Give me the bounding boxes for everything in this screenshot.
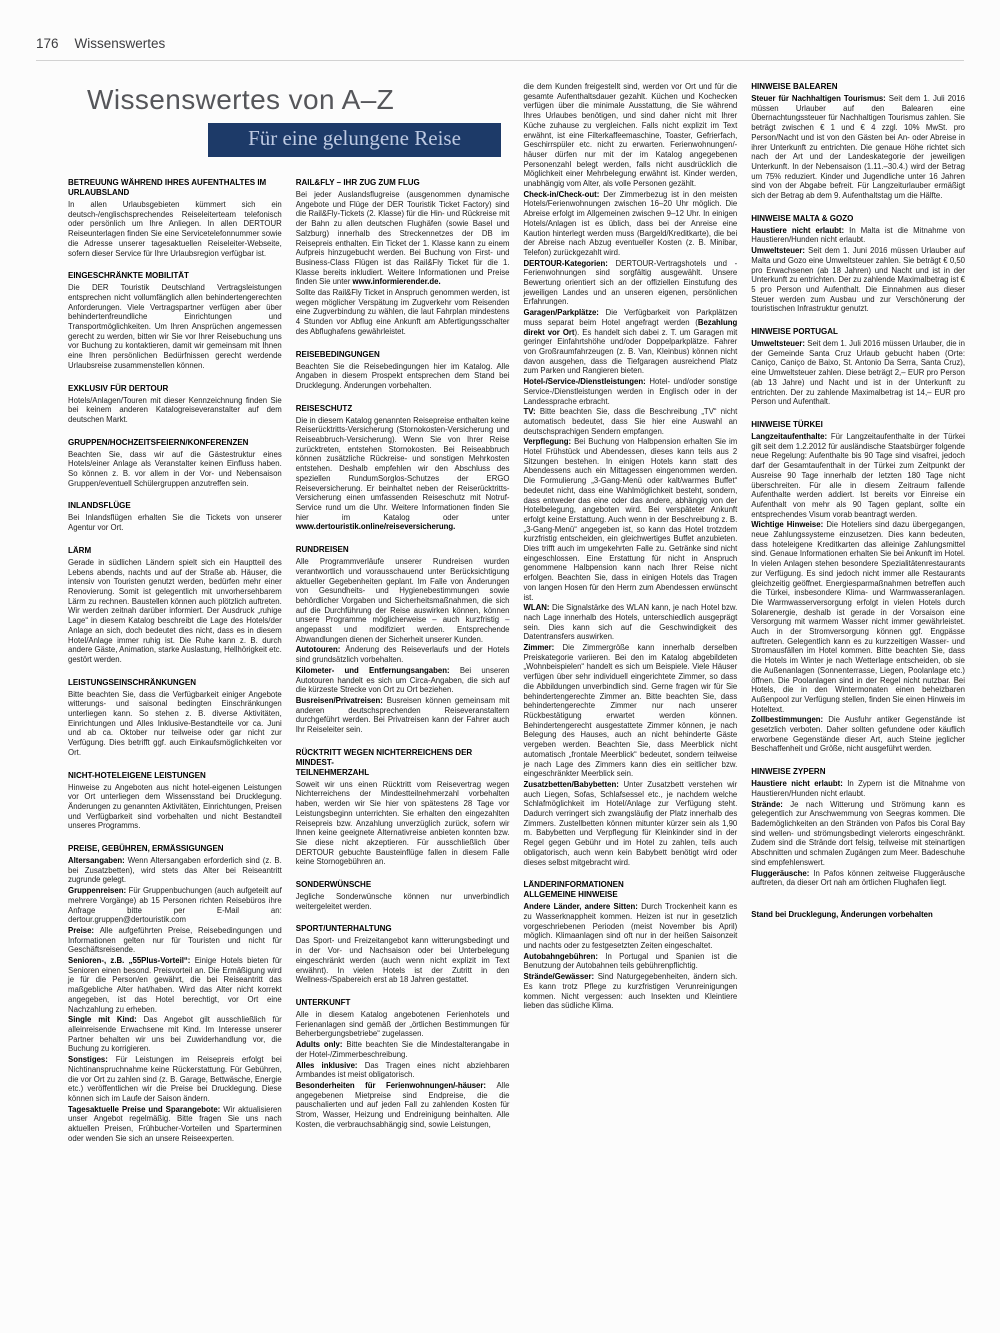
paragraph: die dem Kunden freigestellt sind, werden… [524, 82, 738, 189]
catalog-section: RUNDREISENAlle Programmverläufe unserer … [296, 545, 510, 735]
bold-lead: Wichtige Hinweise: [751, 520, 826, 529]
section-heading: RUNDREISEN [296, 545, 510, 555]
catalog-section: REISEBEDINGUNGENBeachten Sie die Reisebe… [296, 350, 510, 391]
print-status-line: Stand bei Drucklegung, Änderungen vorbeh… [751, 910, 965, 920]
paragraph: Strände/Gewässer: Sind Naturgegebenheite… [524, 972, 738, 1011]
bold-lead: Check-in/Check-out: [524, 190, 604, 199]
catalog-section: HINWEISE ZYPERNHaustiere nicht erlaubt: … [751, 767, 965, 888]
section-heading: LEISTUNGSEINSCHRÄNKUNGEN [68, 678, 282, 688]
bold-lead: TV: [524, 407, 540, 416]
paragraph: Besonderheiten für Ferienwohnungen/-häus… [296, 1081, 510, 1130]
paragraph: Jegliche Sonderwünsche können nur unverb… [296, 892, 510, 911]
paragraph: Andere Länder, andere Sitten: Durch Troc… [524, 902, 738, 951]
bold-lead: Hotel-/Service-/Dienstleistungen: [524, 377, 650, 386]
catalog-section: EINGESCHRÄNKTE MOBILITÄTDie DER Touristi… [68, 271, 282, 370]
paragraph: Busreisen/Privatreisen: Busreisen können… [296, 696, 510, 735]
catalog-section: LEISTUNGSEINSCHRÄNKUNGENBitte beachten S… [68, 678, 282, 758]
bold-lead: Altersangaben: [68, 856, 128, 865]
paragraph: Autotouren: Änderung des Reiseverlaufs u… [296, 645, 510, 664]
bold-lead: Umweltsteuer: [751, 246, 808, 255]
page-section-label: Wissenswertes [75, 36, 166, 51]
section-heading: NICHT-HOTELEIGENE LEISTUNGEN [68, 771, 282, 781]
column-1: BETREUUNG WÄHREND IHRES AUFENTHALTES IM … [68, 82, 282, 1156]
paragraph: Sonstiges: Für Leistungen im Reisepreis … [68, 1055, 282, 1104]
bold-lead: Besonderheiten für Ferienwohnungen/-häus… [296, 1081, 497, 1090]
paragraph: Alle in diesem Katalog angebotenen Ferie… [296, 1010, 510, 1039]
paragraph: Soweit wir uns einen Rücktritt vom Reise… [296, 780, 510, 867]
bold-lead: Zollbestimmungen: [751, 715, 828, 724]
bold-lead: www.dertouristik.online/reiseversicherun… [296, 522, 456, 531]
bold-lead: Preise: [68, 926, 100, 935]
paragraph: Tagesaktuelle Preise und Sparangebote: W… [68, 1105, 282, 1144]
section-heading: EINGESCHRÄNKTE MOBILITÄT [68, 271, 282, 281]
bold-lead: DERTOUR-Kategorien: [524, 259, 616, 268]
catalog-section: PREISE, GEBÜHREN, ERMÄSSIGUNGENAltersang… [68, 844, 282, 1143]
catalog-section: UNTERKUNFTAlle in diesem Katalog angebot… [296, 998, 510, 1129]
paragraph: Hotels/Anlagen/Touren mit dieser Kennzei… [68, 396, 282, 425]
paragraph: Die DER Touristik Deutschland Vertragsle… [68, 283, 282, 370]
paragraph: DERTOUR-Kategorien: DERTOUR-Vertragshote… [524, 259, 738, 308]
bold-lead: Autotouren: [296, 645, 345, 654]
bold-lead: Strände: [751, 800, 790, 809]
paragraph: Strände: Je nach Witterung und Strömung … [751, 800, 965, 868]
paragraph: Haustiere nicht erlaubt: In Zypern ist d… [751, 779, 965, 798]
paragraph: Umweltsteuer: Seit dem 1. Juni 2016 müss… [751, 246, 965, 314]
section-heading: GRUPPEN/HOCHZEITSFEIERN/KONFERENZEN [68, 438, 282, 448]
catalog-section: BETREUUNG WÄHREND IHRES AUFENTHALTES IM … [68, 178, 282, 258]
section-heading: LÄNDERINFORMATIONEN ALLGEMEINE HINWEISE [524, 880, 738, 900]
paragraph: Single mit Kind: Das Angebot gilt aussch… [68, 1015, 282, 1054]
page-number: 176 [36, 36, 59, 51]
paragraph: Bei jeder Auslandsflugreise (ausgenommen… [296, 190, 510, 287]
paragraph: WLAN: Die Signalstärke des WLAN kann, je… [524, 603, 738, 642]
catalog-section: LÄRMGerade in südlichen Ländern spielt s… [68, 546, 282, 665]
bold-lead: Gruppenreisen: [68, 886, 129, 895]
section-heading: EXKLUSIV FÜR DERTOUR [68, 384, 282, 394]
bold-lead: Tagesaktuelle Preise und Sparangebote: [68, 1105, 223, 1114]
section-heading: RÜCKTRITT WEGEN NICHTERREICHENS DER MIND… [296, 748, 510, 778]
paragraph: Verpflegung: Bei Buchung von Halbpension… [524, 437, 738, 602]
bold-lead: Fluggeräusche: [751, 869, 813, 878]
bold-lead: Stand bei Drucklegung, Änderungen vorbeh… [751, 910, 933, 919]
paragraph: Alle Programmverläufe unserer Rundreisen… [296, 557, 510, 644]
catalog-section: GRUPPEN/HOCHZEITSFEIERN/KONFERENZENBeach… [68, 438, 282, 489]
paragraph: Sollte das Rail&Fly Ticket in Anspruch g… [296, 288, 510, 337]
bold-lead: Strände/Gewässer: [524, 972, 598, 981]
catalog-section: EXKLUSIV FÜR DERTOURHotels/Anlagen/Toure… [68, 384, 282, 425]
catalog-section: REISESCHUTZDie in diesem Katalog genannt… [296, 404, 510, 532]
section-heading: RAIL&FLY – IHR ZUG ZUM FLUG [296, 178, 510, 188]
bold-lead: Autobahngebühren: [524, 952, 606, 961]
paragraph: Alles inklusive: Das Tragen eines nicht … [296, 1061, 510, 1080]
paragraph: Die in diesem Katalog genannten Reisepre… [296, 416, 510, 532]
paragraph: In allen Urlaubsgebieten kümmert sich ei… [68, 200, 282, 258]
catalog-section: HINWEISE TÜRKEILangzeitaufenthalte: Für … [751, 420, 965, 754]
paragraph: Bitte beachten Sie, dass die Verfügbarke… [68, 690, 282, 758]
bold-lead: Verpflegung: [524, 437, 575, 446]
paragraph: Senioren-, z.B. „55Plus-Vorteil“: Einige… [68, 956, 282, 1014]
section-heading: HINWEISE MALTA & GOZO [751, 214, 965, 224]
paragraph: Fluggeräusche: In Pafos können zeitweise… [751, 869, 965, 888]
bold-lead: Bezahlung direkt vor Ort [524, 318, 738, 337]
catalog-section: SONDERWÜNSCHEJegliche Sonderwünsche könn… [296, 880, 510, 911]
bold-lead: www.informierender.de. [353, 277, 441, 286]
paragraph: Wichtige Hinweise: Die Hoteliers sind da… [751, 520, 965, 714]
bold-lead: Senioren-, z.B. „55Plus-Vorteil“: [68, 956, 195, 965]
paragraph: Hinweise zu Angeboten aus nicht hotel-ei… [68, 783, 282, 832]
paragraph: Bei Inlandsflügen erhalten Sie die Ticke… [68, 513, 282, 532]
bold-lead: Single mit Kind: [68, 1015, 144, 1024]
bold-lead: Garagen/Parkplätze: [524, 308, 606, 317]
paragraph: Zollbestimmungen: Die Ausfuhr antiker Ge… [751, 715, 965, 754]
paragraph: Preise: Alle aufgeführten Preise, Reiseb… [68, 926, 282, 955]
catalog-section: HINWEISE BALEARENSteuer für Nachhaltigen… [751, 82, 965, 201]
bold-lead: Alles inklusive: [296, 1061, 365, 1070]
paragraph: Langzeitaufenthalte: Für Langzeitaufenth… [751, 432, 965, 519]
paragraph: Beachten Sie, dass wir auf die Gästestru… [68, 450, 282, 489]
column-3: die dem Kunden freigestellt sind, werden… [524, 82, 738, 1156]
bold-lead: Steuer für Nachhaltigen Tourismus: [751, 94, 889, 103]
paragraph: Autobahngebühren: In Portugal und Spanie… [524, 952, 738, 971]
section-heading: REISEBEDINGUNGEN [296, 350, 510, 360]
paragraph: Hotel-/Service-/Dienstleistungen: Hotel-… [524, 377, 738, 406]
paragraph: Das Sport- und Freizeitangebot kann witt… [296, 936, 510, 985]
bold-lead: WLAN: [524, 603, 552, 612]
paragraph: Beachten Sie die Reisebedingungen hier i… [296, 362, 510, 391]
section-heading: SONDERWÜNSCHE [296, 880, 510, 890]
bold-lead: Haustiere nicht erlaubt: [751, 226, 849, 235]
column-2: RAIL&FLY – IHR ZUG ZUM FLUGBei jeder Aus… [296, 82, 510, 1156]
paragraph: Adults only: Bitte beachten Sie die Mind… [296, 1040, 510, 1059]
section-heading: UNTERKUNFT [296, 998, 510, 1008]
column-4: HINWEISE BALEARENSteuer für Nachhaltigen… [751, 82, 965, 1156]
catalog-section: NICHT-HOTELEIGENE LEISTUNGENHinweise zu … [68, 771, 282, 832]
bold-lead: Zimmer: [524, 643, 563, 652]
bold-lead: Umweltsteuer: [751, 339, 807, 348]
paragraph: Altersangaben: Wenn Altersangaben erford… [68, 856, 282, 885]
section-heading: INLANDSFLÜGE [68, 501, 282, 511]
bold-lead: Busreisen/Privatreisen: [296, 696, 387, 705]
text-columns: BETREUUNG WÄHREND IHRES AUFENTHALTES IM … [68, 82, 965, 1156]
catalog-section: die dem Kunden freigestellt sind, werden… [524, 82, 738, 867]
section-heading: REISESCHUTZ [296, 404, 510, 414]
page-header: 176 Wissenswertes [36, 36, 964, 61]
paragraph: Haustiere nicht erlaubt: In Malta ist di… [751, 226, 965, 245]
bold-lead: Adults only: [296, 1040, 347, 1049]
section-heading: SPORT/UNTERHALTUNG [296, 924, 510, 934]
catalog-section: INLANDSFLÜGEBei Inlandsflügen erhalten S… [68, 501, 282, 532]
section-heading: HINWEISE PORTUGAL [751, 327, 965, 337]
bold-lead: Sonstiges: [68, 1055, 116, 1064]
section-heading: HINWEISE BALEAREN [751, 82, 965, 92]
catalog-section: RÜCKTRITT WEGEN NICHTERREICHENS DER MIND… [296, 748, 510, 867]
section-heading: HINWEISE TÜRKEI [751, 420, 965, 430]
catalog-section: HINWEISE PORTUGALUmweltsteuer: Seit dem … [751, 327, 965, 407]
section-heading: LÄRM [68, 546, 282, 556]
bold-lead: Andere Länder, andere Sitten: [524, 902, 642, 911]
catalog-section: SPORT/UNTERHALTUNGDas Sport- und Freizei… [296, 924, 510, 985]
section-heading: HINWEISE ZYPERN [751, 767, 965, 777]
catalog-section: HINWEISE MALTA & GOZOHaustiere nicht erl… [751, 214, 965, 314]
paragraph: Steuer für Nachhaltigen Tourismus: Seit … [751, 94, 965, 201]
paragraph: TV: Bitte beachten Sie, dass die Beschre… [524, 407, 738, 436]
bold-lead: Kilometer- und Entfernungsangaben: [296, 666, 460, 675]
paragraph: Umweltsteuer: Seit dem 1. Juli 2016 müss… [751, 339, 965, 407]
catalog-section: RAIL&FLY – IHR ZUG ZUM FLUGBei jeder Aus… [296, 178, 510, 337]
section-heading: BETREUUNG WÄHREND IHRES AUFENTHALTES IM … [68, 178, 282, 198]
bold-lead: Langzeitaufenthalte: [751, 432, 831, 441]
section-heading: PREISE, GEBÜHREN, ERMÄSSIGUNGEN [68, 844, 282, 854]
catalog-section: LÄNDERINFORMATIONEN ALLGEMEINE HINWEISEA… [524, 880, 738, 1011]
paragraph: Gerade in südlichen Ländern spielt sich … [68, 558, 282, 665]
bold-lead: Haustiere nicht erlaubt: [751, 779, 847, 788]
paragraph: Zimmer: Die Zimmergröße kann innerhalb d… [524, 643, 738, 779]
paragraph: Check-in/Check-out: Der Zimmerbezug ist … [524, 190, 738, 258]
paragraph: Kilometer- und Entfernungsangaben: Bei u… [296, 666, 510, 695]
paragraph: Stand bei Drucklegung, Änderungen vorbeh… [751, 910, 965, 920]
bold-lead: Zusatzbetten/Babybetten: [524, 780, 624, 789]
paragraph: Zusatzbetten/Babybetten: Unter Zusatzbet… [524, 780, 738, 867]
paragraph: Gruppenreisen: Für Gruppenbuchungen (auc… [68, 886, 282, 925]
paragraph: Garagen/Parkplätze: Die Verfügbarkeit vo… [524, 308, 738, 376]
